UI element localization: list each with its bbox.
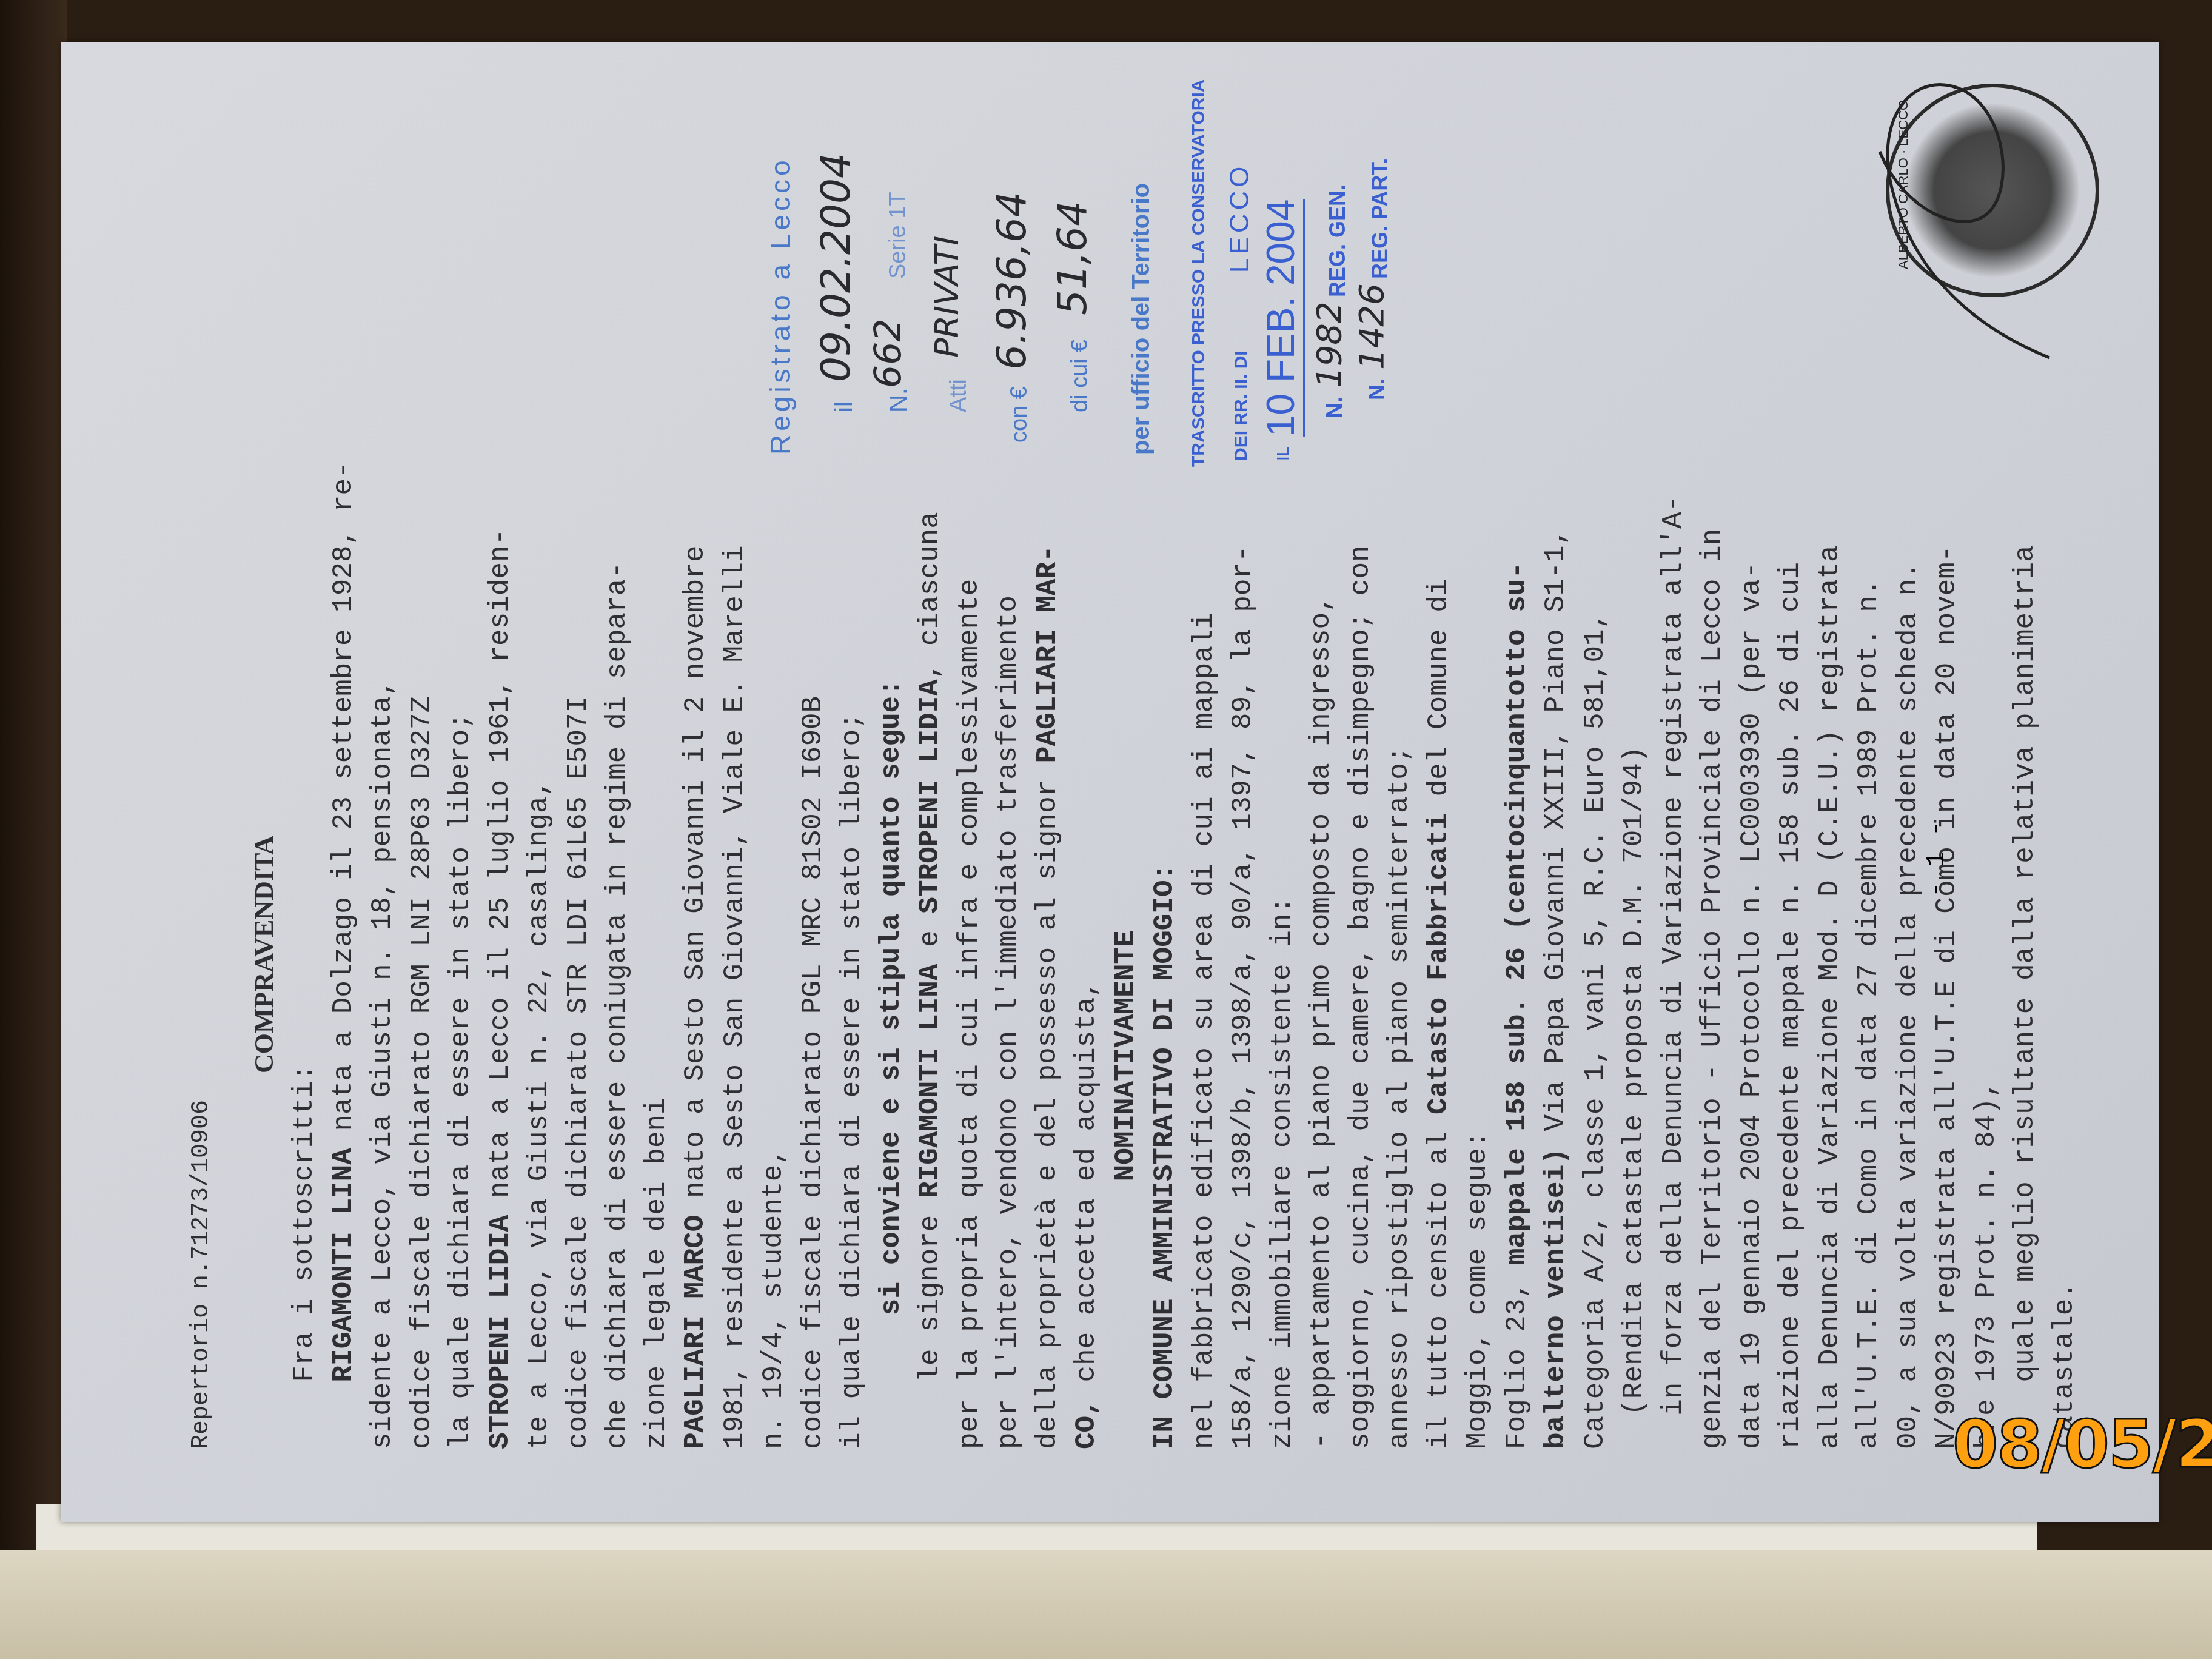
body-line: Foglio 23, mappale 158 sub. 26 (centocin… [1498, 103, 1537, 1449]
reg-gen-n-label: N. [1322, 397, 1347, 418]
registration-stamp-header: Registrato a Lecco [764, 156, 797, 455]
registration-date-label: il [831, 401, 858, 412]
registration-series-label: Serie 1T [885, 192, 911, 279]
body-line: che dichiara di essere coniugata in regi… [598, 103, 637, 1449]
reg-part-label: REG. PART. [1367, 158, 1393, 279]
body-line: genzia del Territorio - Ufficio Provinci… [1693, 103, 1732, 1449]
transcription-line-1: TRASCRITTO PRESSO LA CONSERVATORIA [1188, 79, 1209, 467]
photo-date-stamp: 08/05/2012 [1952, 1407, 2212, 1483]
background-desk [0, 0, 67, 1659]
registration-atti-handwritten: PRIVATI [928, 236, 966, 358]
page-number: - 1 - [1922, 821, 1951, 897]
registration-atti-label: Atti [946, 379, 972, 412]
registration-number-handwritten: 662 [867, 318, 910, 388]
body-line: in forza della Denuncia di Variazione re… [1654, 103, 1694, 1449]
body-line: sidente a Lecco, via Giusti n. 18, pensi… [363, 103, 403, 1449]
body-line: Moggio, come segue: [1458, 103, 1498, 1449]
transcription-date: 10 FEB. 2004 [1258, 199, 1305, 437]
registration-of-which-label: di cui € [1067, 340, 1093, 412]
registration-number-label: N. [885, 388, 913, 412]
document-page: STUDIO NOTARILE FABRONI Dott. MANETTO CU… [61, 42, 2159, 1522]
rotated-content: STUDIO NOTARILE FABRONI Dott. MANETTO CU… [61, 42, 2159, 1522]
body-line: il tutto censito al Catasto Fabbricati d… [1419, 103, 1459, 1449]
reg-gen-handwritten: 1982 [1310, 301, 1349, 388]
doc-title: COMPRAVENDITA [249, 836, 280, 1073]
body-line: codice fiscale dichiarato RGM LNI 28P63 … [403, 103, 442, 1449]
transcription-date-label: IL [1273, 447, 1293, 461]
reg-part-handwritten: 1426 [1352, 283, 1392, 370]
body-line: Fra i sottoscritti: [285, 103, 324, 1449]
body-line: PAGLIARI MARCO nato a Sesto San Giovanni… [676, 103, 716, 1449]
body-line: te a Lecco, via Giusti n. 22, casalinga, [520, 103, 559, 1449]
reg-gen-label: REG. GEN. [1325, 184, 1350, 297]
signature-flourish [1807, 55, 2062, 370]
body-line: Categoria A/2, classe 1, vani 5, R.C. Eu… [1576, 103, 1615, 1449]
body-line: la quale dichiara di essere in stato lib… [441, 103, 481, 1449]
body-line: STROPENI LIDIA nata a Lecco il 25 luglio… [481, 103, 520, 1449]
transcription-line-2: DEI RR. II. DI [1231, 350, 1252, 461]
body-line: si conviene e si stipula quanto segue: [872, 103, 911, 1449]
body-line: 1981, residente a Sesto San Giovanni, Vi… [716, 103, 755, 1449]
body-line: codice fiscale dichiarato STR LDI 61L65 … [559, 103, 598, 1449]
registration-amount-label: con € [1007, 386, 1033, 443]
background-folder [0, 1550, 2212, 1659]
registration-amount-handwritten: 6.936,64 [988, 192, 1035, 370]
registration-date-handwritten: 09.02.2004 [813, 153, 859, 382]
body-line: data 19 gennaio 2004 Protocollo n. LC000… [1732, 103, 1772, 1449]
reg-part-n-label: N. [1364, 378, 1390, 400]
body-line: (Rendita catastale proposta D.M. 701/94) [1615, 103, 1654, 1449]
registration-office: per ufficio del Territorio [1128, 183, 1155, 455]
body-line: RIGAMONTI LINA nata a Dolzago il 23 sett… [324, 103, 364, 1449]
body-line: riazione del precedente mappale n. 158 s… [1771, 103, 1811, 1449]
body-line: balterno ventisei) Via Papa Giovanni XXI… [1537, 103, 1576, 1449]
body-line: zione legale dei beni [637, 103, 677, 1449]
body-line: 158/a, 1290/c, 1398/b, 1398/a, 90/a, 139… [1224, 103, 1263, 1449]
repertorio-number: Repertorio n.71273/10906 [188, 1100, 215, 1449]
transcription-city: LECCO [1225, 163, 1255, 273]
registration-of-which-handwritten: 51,64 [1049, 201, 1096, 315]
